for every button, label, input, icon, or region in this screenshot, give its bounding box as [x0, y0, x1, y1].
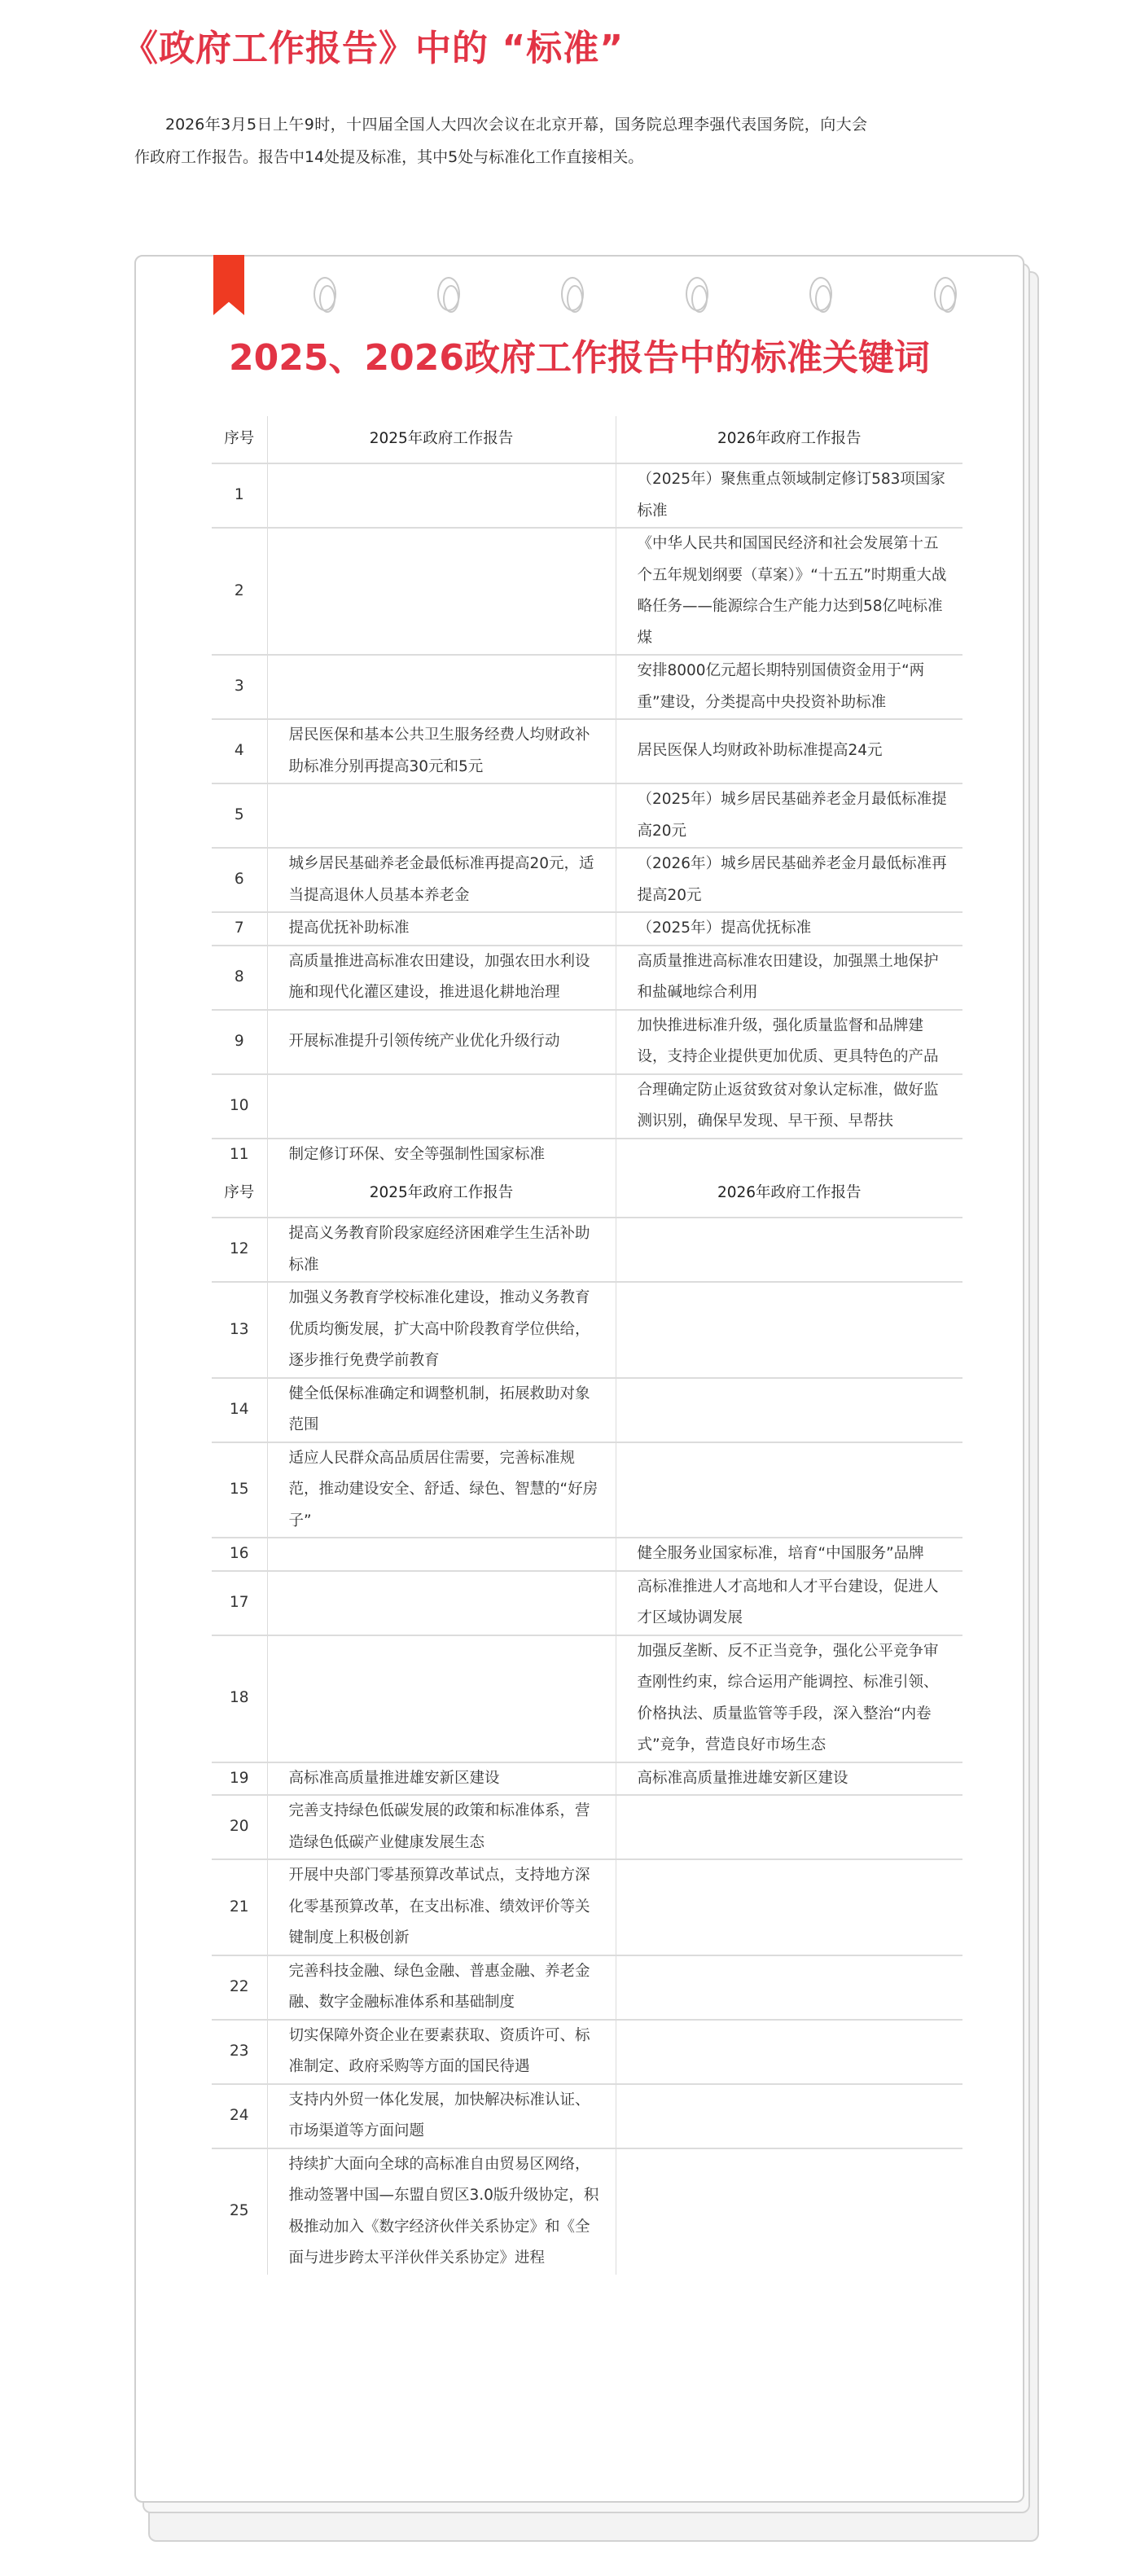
row-seq: 11: [212, 1139, 267, 1171]
row-2026: 居民医保人均财政补助标准提高24元: [616, 719, 962, 783]
table-row: 17高标准推进人才高地和人才平台建设，促进人才区域协调发展: [212, 1571, 962, 1635]
keyword-card: 2025、2026政府工作报告中的标准关键词 序号 2025年政府工作报告 20…: [134, 255, 1024, 2503]
row-2025: 加强义务教育学校标准化建设，推动义务教育优质均衡发展，扩大高中阶段教育学位供给，…: [267, 1282, 616, 1378]
table-header-row: 序号 2025年政府工作报告 2026年政府工作报告: [212, 416, 962, 463]
table-row: 10合理确定防止返贫致贫对象认定标准，做好监测识别，确保早发现、早干预、早帮扶: [212, 1074, 962, 1139]
row-2025: [267, 1074, 616, 1139]
row-2025: 提高优抚补助标准: [267, 912, 616, 946]
row-2026: [616, 1955, 962, 2020]
row-2026: [616, 1442, 962, 1538]
row-seq: 24: [212, 2084, 267, 2148]
row-2026: 安排8000亿元超长期特别国债资金用于“两重”建设，分类提高中央投资补助标准: [616, 655, 962, 719]
table-row: 16健全服务业国家标准，培育“中国服务”品牌: [212, 1538, 962, 1571]
row-2025: 提高义务教育阶段家庭经济困难学生生活补助标准: [267, 1218, 616, 1282]
table-row: 20完善支持绿色低碳发展的政策和标准体系，营造绿色低碳产业健康发展生态: [212, 1795, 962, 1859]
row-2025: 开展标准提升引领传统产业优化升级行动: [267, 1010, 616, 1074]
row-seq: 19: [212, 1762, 267, 1796]
table-row: 7提高优抚补助标准（2025年）提高优抚标准: [212, 912, 962, 946]
card-title: 2025、2026政府工作报告中的标准关键词: [136, 334, 1023, 383]
binder-rings: [136, 277, 1023, 313]
table-row: 9开展标准提升引领传统产业优化升级行动加快推进标准升级，强化质量监督和品牌建设，…: [212, 1010, 962, 1074]
row-2025: 高标准高质量推进雄安新区建设: [267, 1762, 616, 1796]
row-2025: 健全低保标准确定和调整机制，拓展救助对象范围: [267, 1378, 616, 1442]
table-row: 12提高义务教育阶段家庭经济困难学生生活补助标准: [212, 1218, 962, 1282]
row-seq: 2: [212, 528, 267, 655]
row-seq: 23: [212, 2020, 267, 2084]
header-seq: 序号: [212, 416, 267, 463]
row-seq: 8: [212, 946, 267, 1010]
table-row: 18加强反垄断、反不正当竞争，强化公平竞争审查刚性约束，综合运用产能调控、标准引…: [212, 1635, 962, 1762]
header-2025: 2025年政府工作报告: [267, 416, 616, 463]
row-seq: 18: [212, 1635, 267, 1762]
row-2026: （2025年）提高优抚标准: [616, 912, 962, 946]
row-seq: 16: [212, 1538, 267, 1571]
table-row: 11制定修订环保、安全等强制性国家标准: [212, 1139, 962, 1171]
row-seq: 9: [212, 1010, 267, 1074]
row-2026: 合理确定防止返贫致贫对象认定标准，做好监测识别，确保早发现、早干预、早帮扶: [616, 1074, 962, 1139]
row-2025: 支持内外贸一体化发展，加快解决标准认证、市场渠道等方面问题: [267, 2084, 616, 2148]
row-seq: 25: [212, 2148, 267, 2275]
row-2025: 持续扩大面向全球的高标准自由贸易区网络，推动签署中国—东盟自贸区3.0版升级协定…: [267, 2148, 616, 2275]
binder-ring-icon: [809, 277, 832, 311]
row-2025: 开展中央部门零基预算改革试点，支持地方深化零基预算改革，在支出标准、绩效评价等关…: [267, 1859, 616, 1955]
row-2025: [267, 1571, 616, 1635]
header-2025: 2025年政府工作报告: [267, 1170, 616, 1218]
row-2026: 高质量推进高标准农田建设，加强黑土地保护和盐碱地综合利用: [616, 946, 962, 1010]
row-2025: [267, 783, 616, 848]
row-seq: 7: [212, 912, 267, 946]
row-2026: [616, 1378, 962, 1442]
row-2025: 城乡居民基础养老金最低标准再提高20元，适当提高退休人员基本养老金: [267, 848, 616, 912]
row-2026: [616, 1859, 962, 1955]
row-2026: （2026年）城乡居民基础养老金月最低标准再提高20元: [616, 848, 962, 912]
row-seq: 22: [212, 1955, 267, 2020]
row-2026: [616, 2084, 962, 2148]
table-row: 15适应人民群众高品质居住需要，完善标准规范，推动建设安全、舒适、绿色、智慧的“…: [212, 1442, 962, 1538]
table-row: 24支持内外贸一体化发展，加快解决标准认证、市场渠道等方面问题: [212, 2084, 962, 2148]
binder-ring-icon: [313, 277, 336, 311]
row-seq: 10: [212, 1074, 267, 1139]
row-2025: [267, 528, 616, 655]
row-2026: 高标准高质量推进雄安新区建设: [616, 1762, 962, 1796]
table-row: 23切实保障外资企业在要素获取、资质许可、标准制定、政府采购等方面的国民待遇: [212, 2020, 962, 2084]
row-2026: 加强反垄断、反不正当竞争，强化公平竞争审查刚性约束，综合运用产能调控、标准引领、…: [616, 1635, 962, 1762]
row-seq: 14: [212, 1378, 267, 1442]
row-2026: [616, 2020, 962, 2084]
table-row: 2《中华人民共和国国民经济和社会发展第十五个五年规划纲要（草案）》“十五五”时期…: [212, 528, 962, 655]
row-seq: 13: [212, 1282, 267, 1378]
row-seq: 6: [212, 848, 267, 912]
header-2026: 2026年政府工作报告: [616, 1170, 962, 1218]
page-title: 《政府工作报告》中的 “标准”: [122, 24, 624, 73]
row-2026: [616, 1795, 962, 1859]
table-row: 1（2025年）聚焦重点领域制定修订583项国家标准: [212, 463, 962, 528]
row-seq: 1: [212, 463, 267, 528]
row-2025: 制定修订环保、安全等强制性国家标准: [267, 1139, 616, 1171]
table-row: 13加强义务教育学校标准化建设，推动义务教育优质均衡发展，扩大高中阶段教育学位供…: [212, 1282, 962, 1378]
row-2025: [267, 1538, 616, 1571]
header-seq: 序号: [212, 1170, 267, 1218]
row-2026: [616, 1218, 962, 1282]
row-2026: 《中华人民共和国国民经济和社会发展第十五个五年规划纲要（草案）》“十五五”时期重…: [616, 528, 962, 655]
row-2025: [267, 1635, 616, 1762]
table-row: 14健全低保标准确定和调整机制，拓展救助对象范围: [212, 1378, 962, 1442]
row-2026: [616, 1139, 962, 1171]
row-2026: （2025年）聚焦重点领域制定修订583项国家标准: [616, 463, 962, 528]
row-seq: 20: [212, 1795, 267, 1859]
table-row: 25持续扩大面向全球的高标准自由贸易区网络，推动签署中国—东盟自贸区3.0版升级…: [212, 2148, 962, 2275]
row-seq: 4: [212, 719, 267, 783]
row-2026: [616, 2148, 962, 2275]
row-seq: 21: [212, 1859, 267, 1955]
keyword-table: 序号 2025年政府工作报告 2026年政府工作报告 1（2025年）聚焦重点领…: [212, 416, 962, 2275]
table-row: 6城乡居民基础养老金最低标准再提高20元，适当提高退休人员基本养老金（2026年…: [212, 848, 962, 912]
row-2026: 高标准推进人才高地和人才平台建设，促进人才区域协调发展: [616, 1571, 962, 1635]
table-row: 3安排8000亿元超长期特别国债资金用于“两重”建设，分类提高中央投资补助标准: [212, 655, 962, 719]
row-2025: [267, 463, 616, 528]
row-2025: 完善支持绿色低碳发展的政策和标准体系，营造绿色低碳产业健康发展生态: [267, 1795, 616, 1859]
table-row: 22完善科技金融、绿色金融、普惠金融、养老金融、数字金融标准体系和基础制度: [212, 1955, 962, 2020]
row-2025: 完善科技金融、绿色金融、普惠金融、养老金融、数字金融标准体系和基础制度: [267, 1955, 616, 2020]
row-2025: 居民医保和基本公共卫生服务经费人均财政补助标准分别再提高30元和5元: [267, 719, 616, 783]
binder-ring-icon: [437, 277, 460, 311]
row-2026: 加快推进标准升级，强化质量监督和品牌建设，支持企业提供更加优质、更具特色的产品: [616, 1010, 962, 1074]
row-2025: [267, 655, 616, 719]
row-seq: 12: [212, 1218, 267, 1282]
row-2026: 健全服务业国家标准，培育“中国服务”品牌: [616, 1538, 962, 1571]
row-2026: [616, 1282, 962, 1378]
table-row: 21开展中央部门零基预算改革试点，支持地方深化零基预算改革，在支出标准、绩效评价…: [212, 1859, 962, 1955]
row-seq: 15: [212, 1442, 267, 1538]
table-row: 19高标准高质量推进雄安新区建设高标准高质量推进雄安新区建设: [212, 1762, 962, 1796]
row-2025: 适应人民群众高品质居住需要，完善标准规范，推动建设安全、舒适、绿色、智慧的“好房…: [267, 1442, 616, 1538]
table-row: 4居民医保和基本公共卫生服务经费人均财政补助标准分别再提高30元和5元居民医保人…: [212, 719, 962, 783]
row-seq: 17: [212, 1571, 267, 1635]
row-2025: 切实保障外资企业在要素获取、资质许可、标准制定、政府采购等方面的国民待遇: [267, 2020, 616, 2084]
binder-ring-icon: [561, 277, 584, 311]
row-2026: （2025年）城乡居民基础养老金月最低标准提高20元: [616, 783, 962, 848]
row-seq: 3: [212, 655, 267, 719]
binder-ring-icon: [686, 277, 708, 311]
header-2026: 2026年政府工作报告: [616, 416, 962, 463]
table-row: 5（2025年）城乡居民基础养老金月最低标准提高20元: [212, 783, 962, 848]
intro-paragraph: 2026年3月5日上午9时，十四届全国人大四次会议在北京开幕，国务院总理李强代表…: [134, 108, 867, 173]
row-2025: 高质量推进高标准农田建设，加强农田水利设施和现代化灌区建设，推进退化耕地治理: [267, 946, 616, 1010]
binder-ring-icon: [934, 277, 957, 311]
row-seq: 5: [212, 783, 267, 848]
table-header-row: 序号 2025年政府工作报告 2026年政府工作报告: [212, 1170, 962, 1218]
table-row: 8高质量推进高标准农田建设，加强农田水利设施和现代化灌区建设，推进退化耕地治理高…: [212, 946, 962, 1010]
